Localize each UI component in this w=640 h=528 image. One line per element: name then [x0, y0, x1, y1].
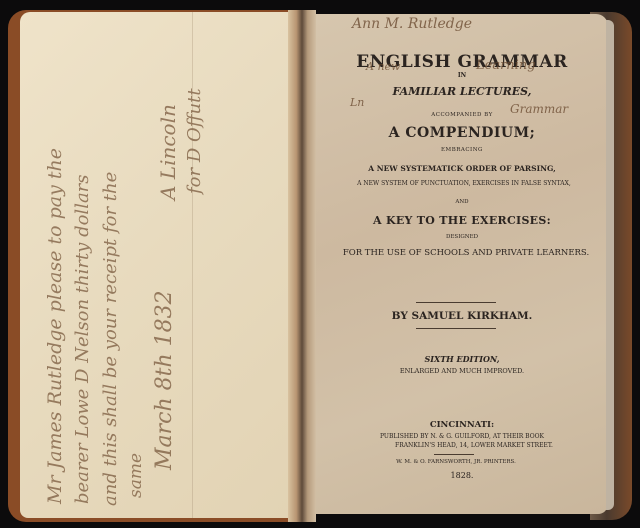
printers: W. M. & O. FARNSWORTH, JR. PRINTERS. — [310, 459, 602, 465]
open-book: Mr James Rutledge please to pay the bear… — [0, 0, 640, 528]
handwriting-scribble: Ln — [350, 96, 364, 109]
publisher-line-2: FRANKLIN'S HEAD, 14, LOWER MARKET STREET… — [328, 442, 620, 449]
note-line-3: and this shall be your receipt for the — [100, 172, 121, 506]
handwriting-learning: Learning — [476, 58, 536, 73]
publisher-line-1: PUBLISHED BY N. & G. GUILFORD, AT THEIR … — [316, 433, 608, 440]
and-line: AND — [316, 199, 608, 205]
designed-line: DESIGNED — [316, 234, 608, 240]
compendium: A COMPENDIUM; — [316, 125, 608, 141]
enlarged: ENLARGED AND MUCH IMPROVED. — [316, 367, 608, 375]
note-line-1: Mr James Rutledge please to pay the — [44, 148, 66, 504]
note-signature-for: for D Offutt — [184, 88, 205, 194]
handwritten-note: Mr James Rutledge please to pay the bear… — [20, 12, 292, 518]
rule-printer — [434, 454, 474, 455]
edition: SIXTH EDITION, — [316, 354, 608, 364]
year: 1828. — [316, 471, 608, 480]
key-line: A KEY TO THE EXERCISES: — [316, 214, 608, 227]
note-date: March 8th 1832 — [152, 290, 177, 470]
rule-bottom — [416, 328, 496, 329]
parsing-line: A NEW SYSTEMATICK ORDER OF PARSING, — [316, 164, 608, 173]
city: CINCINNATI: — [316, 420, 608, 430]
title-in: IN — [316, 72, 608, 79]
owner-signature: Ann M. Rutledge — [352, 16, 472, 32]
book-spine-gutter — [288, 10, 316, 522]
note-line-2: bearer Lowe D Nelson thirty dollars — [72, 174, 93, 504]
note-line-4: same — [126, 453, 146, 498]
author: BY SAMUEL KIRKHAM. — [316, 310, 608, 322]
title-page: ENGLISH GRAMMAR IN FAMILIAR LECTURES, AC… — [316, 14, 608, 514]
punctuation-line: A NEW SYSTEM OF PUNCTUATION, EXERCISES I… — [318, 180, 610, 187]
book-title: ENGLISH GRAMMAR — [316, 52, 608, 72]
embracing: EMBRACING — [316, 147, 608, 153]
handwriting-new: A new — [366, 60, 400, 73]
note-signature: A Lincoln — [156, 104, 180, 200]
handwriting-grammar: Grammar — [510, 102, 568, 116]
rule-top — [416, 302, 496, 303]
use-line: FOR THE USE OF SCHOOLS AND PRIVATE LEARN… — [320, 248, 612, 258]
